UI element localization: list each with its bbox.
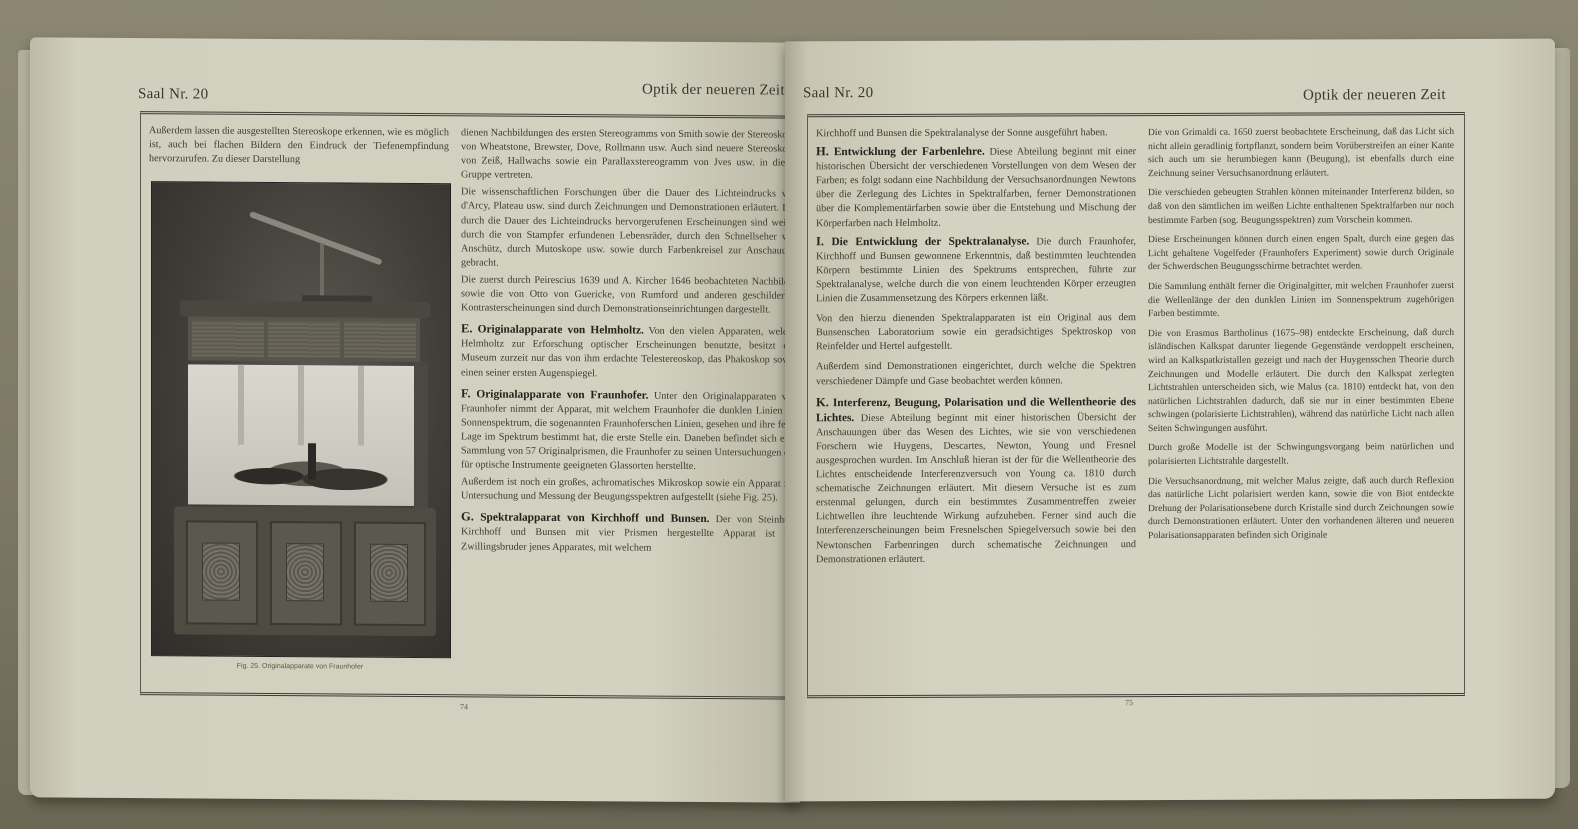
paragraph: Die von Grimaldi ca. 1650 zuerst beobach… — [1148, 125, 1454, 180]
section-heading: E. Originalapparate von Helmholtz. — [461, 324, 644, 337]
instruments-shape — [212, 445, 402, 498]
paragraph: Die Sammlung enthält ferner die Original… — [1148, 279, 1454, 321]
right-page-right-column: Die von Grimaldi ca. 1650 zuerst beobach… — [1148, 125, 1454, 546]
paragraph: Durch große Modelle ist der Schwingungsv… — [1148, 440, 1454, 468]
right-page-left-column: Kirchhoff und Bunsen die Spektralanalyse… — [816, 126, 1136, 570]
cabinet-drawers-shape — [188, 316, 420, 362]
section-f: F. Originalapparate von Fraunhofer. Unte… — [461, 386, 797, 475]
left-page-right-column: dienen Nachbildungen des ersten Stereogr… — [461, 126, 797, 559]
section-e: E. Originalapparate von Helmholtz. Von d… — [461, 322, 797, 383]
running-head-right: Optik der neueren Zeit — [642, 82, 785, 100]
intro-column: Außerdem lassen die ausgestellten Stereo… — [149, 124, 449, 171]
stand-shape — [308, 443, 316, 479]
paragraph: Die zuerst durch Peirescius 1639 und A. … — [461, 273, 797, 318]
page-number: 75 — [1125, 698, 1133, 707]
running-head-left: Saal Nr. 20 — [138, 86, 208, 103]
section-heading: I. Die Entwicklung der Spektralanalyse. — [816, 235, 1029, 248]
section-heading: G. Spektralapparat von Kirchhoff und Bun… — [461, 512, 710, 526]
section-h: H. Entwicklung der Farbenlehre. Diese Ab… — [816, 143, 1136, 231]
section-k: K. Interferenz, Beugung, Polarisation un… — [816, 394, 1136, 567]
cabinet-base-shape — [174, 506, 436, 636]
intro-paragraph: Außerdem lassen die ausgestellten Stereo… — [149, 124, 449, 168]
section-g: G. Spektralapparat von Kirchhoff und Bun… — [461, 510, 797, 557]
paragraph: dienen Nachbildungen des ersten Stereogr… — [461, 126, 797, 185]
left-page: Saal Nr. 20 Optik der neueren Zeit Außer… — [30, 37, 800, 802]
open-book: Saal Nr. 20 Optik der neueren Zeit Außer… — [10, 40, 1570, 810]
text-frame: Kirchhoff und Bunsen die Spektralanalyse… — [807, 112, 1465, 698]
right-page: Saal Nr. 20 Optik der neueren Zeit Kirch… — [785, 39, 1555, 802]
cabinet-top-shape — [180, 300, 430, 318]
paragraph: Außerdem sind Demonstrationen eingericht… — [816, 360, 1136, 389]
paragraph: Die verschieden gebeugten Strahlen könne… — [1148, 185, 1454, 227]
cabinet-post-shape — [414, 362, 428, 512]
paragraph: Die Versuchsanordnung, mit welcher Malus… — [1148, 474, 1454, 543]
section-heading: F. Originalapparate von Fraunhofer. — [461, 388, 649, 401]
paragraph: Diese Erscheinungen können durch einen e… — [1148, 232, 1454, 274]
paragraph: Kirchhoff und Bunsen die Spektralanalyse… — [816, 126, 1136, 141]
paragraph: Die von Erasmus Bartholinus (1675–98) en… — [1148, 326, 1454, 436]
paragraph: Die wissenschaftlichen Forschungen über … — [461, 186, 797, 273]
paragraph: Von den hierzu dienenden Spektralapparat… — [816, 311, 1136, 354]
cabinet-glass-shape — [188, 364, 420, 506]
section-i: I. Die Entwicklung der Spektralanalyse. … — [816, 233, 1136, 307]
running-head-right: Optik der neueren Zeit — [1303, 87, 1446, 104]
text-frame: Außerdem lassen die ausgestellten Stereo… — [140, 111, 807, 700]
paragraph: Außerdem ist noch ein großes, achromatis… — [461, 475, 797, 506]
section-heading: H. Entwicklung der Farbenlehre. — [816, 146, 985, 159]
telescope-post-shape — [320, 243, 324, 299]
page-number: 74 — [460, 702, 468, 711]
running-head-left: Saal Nr. 20 — [803, 85, 873, 102]
figure-caption: Fig. 25. Originalapparate von Fraunhofer — [141, 662, 459, 671]
figure-25-photo — [151, 181, 451, 658]
telescope-shape — [249, 211, 383, 265]
